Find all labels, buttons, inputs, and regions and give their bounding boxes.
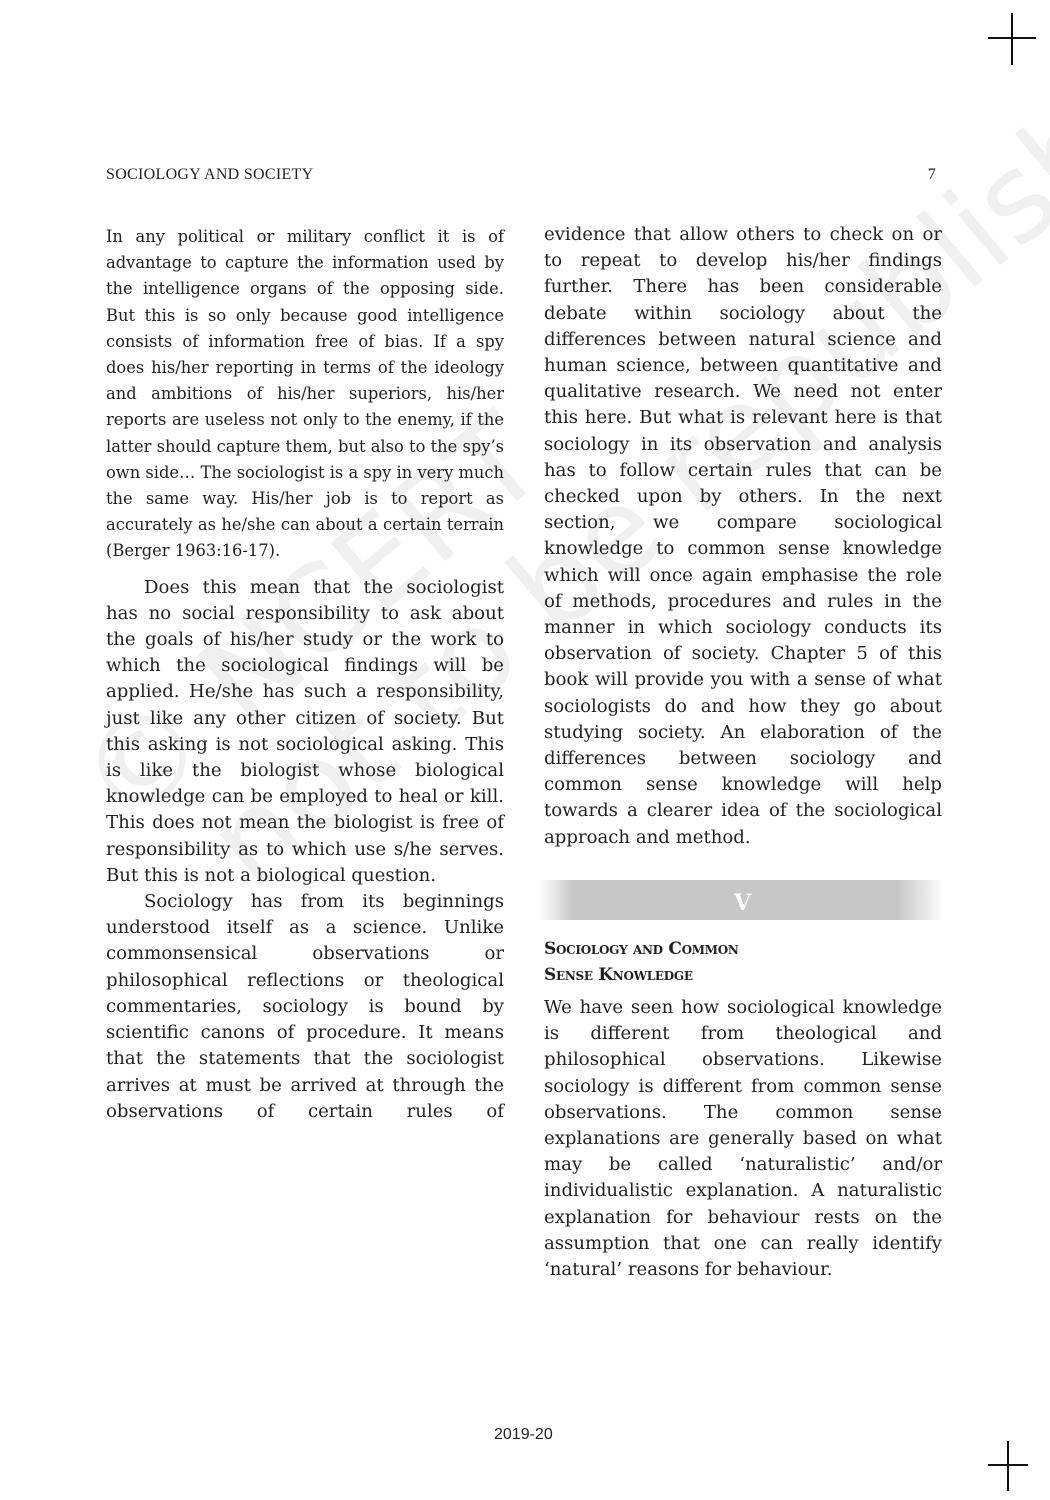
section-heading-line1: Sociology and Common	[544, 936, 942, 962]
paragraph: Does this mean that the sociologist has …	[106, 575, 504, 889]
block-quote: In any political or military conflict it…	[106, 224, 504, 565]
footer-year: 2019-20	[494, 1426, 553, 1444]
crop-mark-bottom-right	[985, 1440, 1035, 1495]
paragraph: Sociology has from its beginnings unders…	[106, 889, 504, 1125]
running-head: SOCIOLOGY AND SOCIETY 7	[106, 166, 936, 186]
running-title: SOCIOLOGY AND SOCIETY	[106, 166, 314, 184]
crop-mark-top-right	[985, 10, 1035, 65]
section-heading-line2: Sense Knowledge	[544, 962, 942, 988]
section-number: V	[540, 890, 945, 916]
paragraph-continued: evidence that allow others to check on o…	[544, 222, 942, 851]
section-number-band: V	[540, 880, 945, 920]
page-number: 7	[928, 166, 936, 184]
section-heading: Sociology and Common Sense Knowledge	[544, 936, 942, 988]
paragraph: We have seen how sociological knowledge …	[544, 995, 942, 1283]
right-column: evidence that allow others to check on o…	[544, 222, 942, 851]
left-column: In any political or military conflict it…	[106, 224, 504, 1125]
right-column-section-body: We have seen how sociological knowledge …	[544, 995, 942, 1283]
